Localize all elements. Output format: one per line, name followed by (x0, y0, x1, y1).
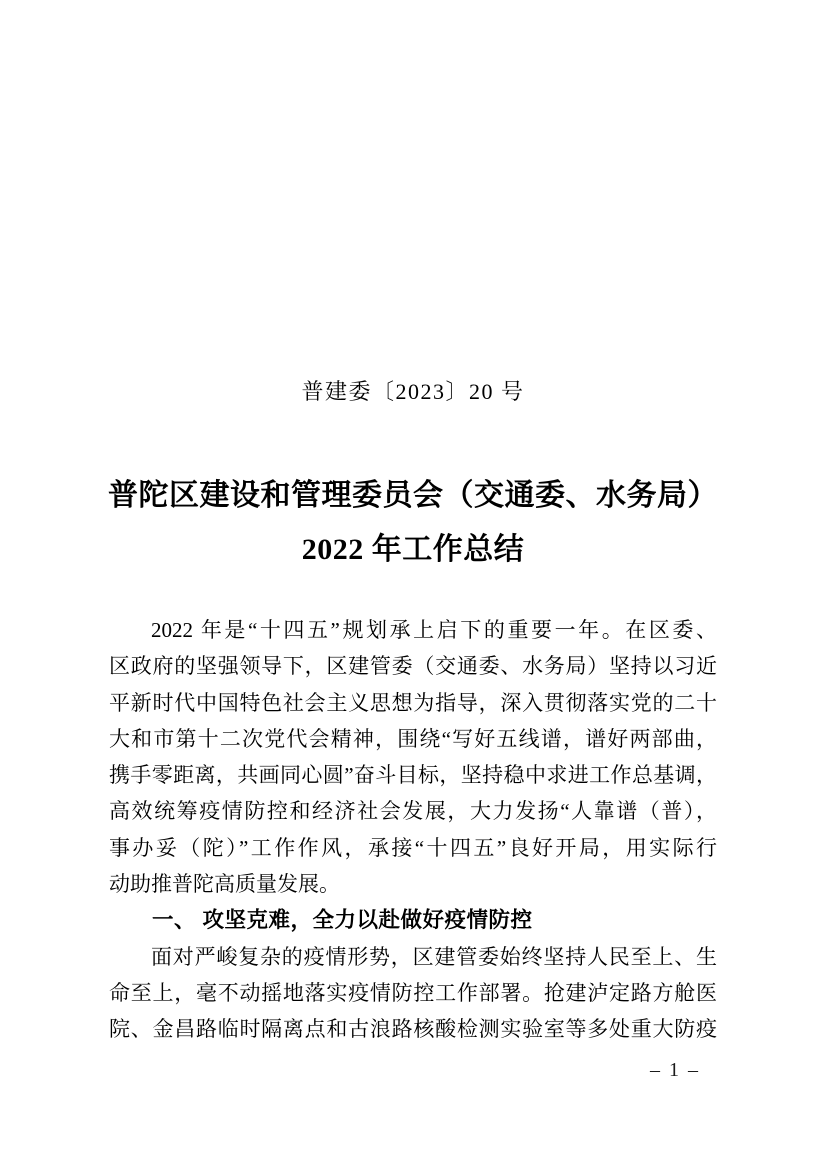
paragraph1-line: 区政府的坚强领导下，区建管委（交通委、水务局）坚持以习近 (109, 648, 717, 684)
page-number: – 1 – (615, 1059, 735, 1082)
document-title-line-1: 普陀区建设和管理委员会（交通委、水务局） (44, 469, 782, 523)
section-heading: 一、 攻坚克难，全力以赴做好疫情防控 (109, 902, 717, 938)
document-page: 普建委〔2023〕20 号 普陀区建设和管理委员会（交通委、水务局） 2022 … (0, 0, 826, 1169)
document-title-line-2: 2022 年工作总结 (44, 523, 782, 577)
document-title: 普陀区建设和管理委员会（交通委、水务局） 2022 年工作总结 (44, 469, 782, 577)
paragraph1-line: 2022 年是“十四五”规划承上启下的重要一年。在区委、 (109, 612, 717, 648)
paragraph1-line: 平新时代中国特色社会主义思想为指导，深入贯彻落实党的二十 (109, 685, 717, 721)
paragraph1-line: 大和市第十二次党代会精神，围绕“写好五线谱，谱好两部曲， (109, 721, 717, 757)
paragraph1-line: 事办妥（陀）”工作作风，承接“十四五”良好开局，用实际行 (109, 830, 717, 866)
paragraph2-line: 院、金昌路临时隔离点和古浪路核酸检测实验室等多处重大防疫 (109, 1011, 717, 1047)
document-body: 2022 年是“十四五”规划承上启下的重要一年。在区委、 区政府的坚强领导下，区… (109, 612, 717, 1048)
paragraph2-line: 命至上，毫不动摇地落实疫情防控工作部署。抢建泸定路方舱医 (109, 975, 717, 1011)
document-number: 普建委〔2023〕20 号 (109, 379, 717, 405)
paragraph1-line: 携手零距离，共画同心圆”奋斗目标，坚持稳中求进工作总基调， (109, 757, 717, 793)
paragraph1-line: 高效统筹疫情防控和经济社会发展，大力发扬“人靠谱（普）， (109, 793, 717, 829)
paragraph2-line: 面对严峻复杂的疫情形势，区建管委始终坚持人民至上、生 (109, 939, 717, 975)
paragraph1-line: 动助推普陀高质量发展。 (109, 866, 717, 902)
